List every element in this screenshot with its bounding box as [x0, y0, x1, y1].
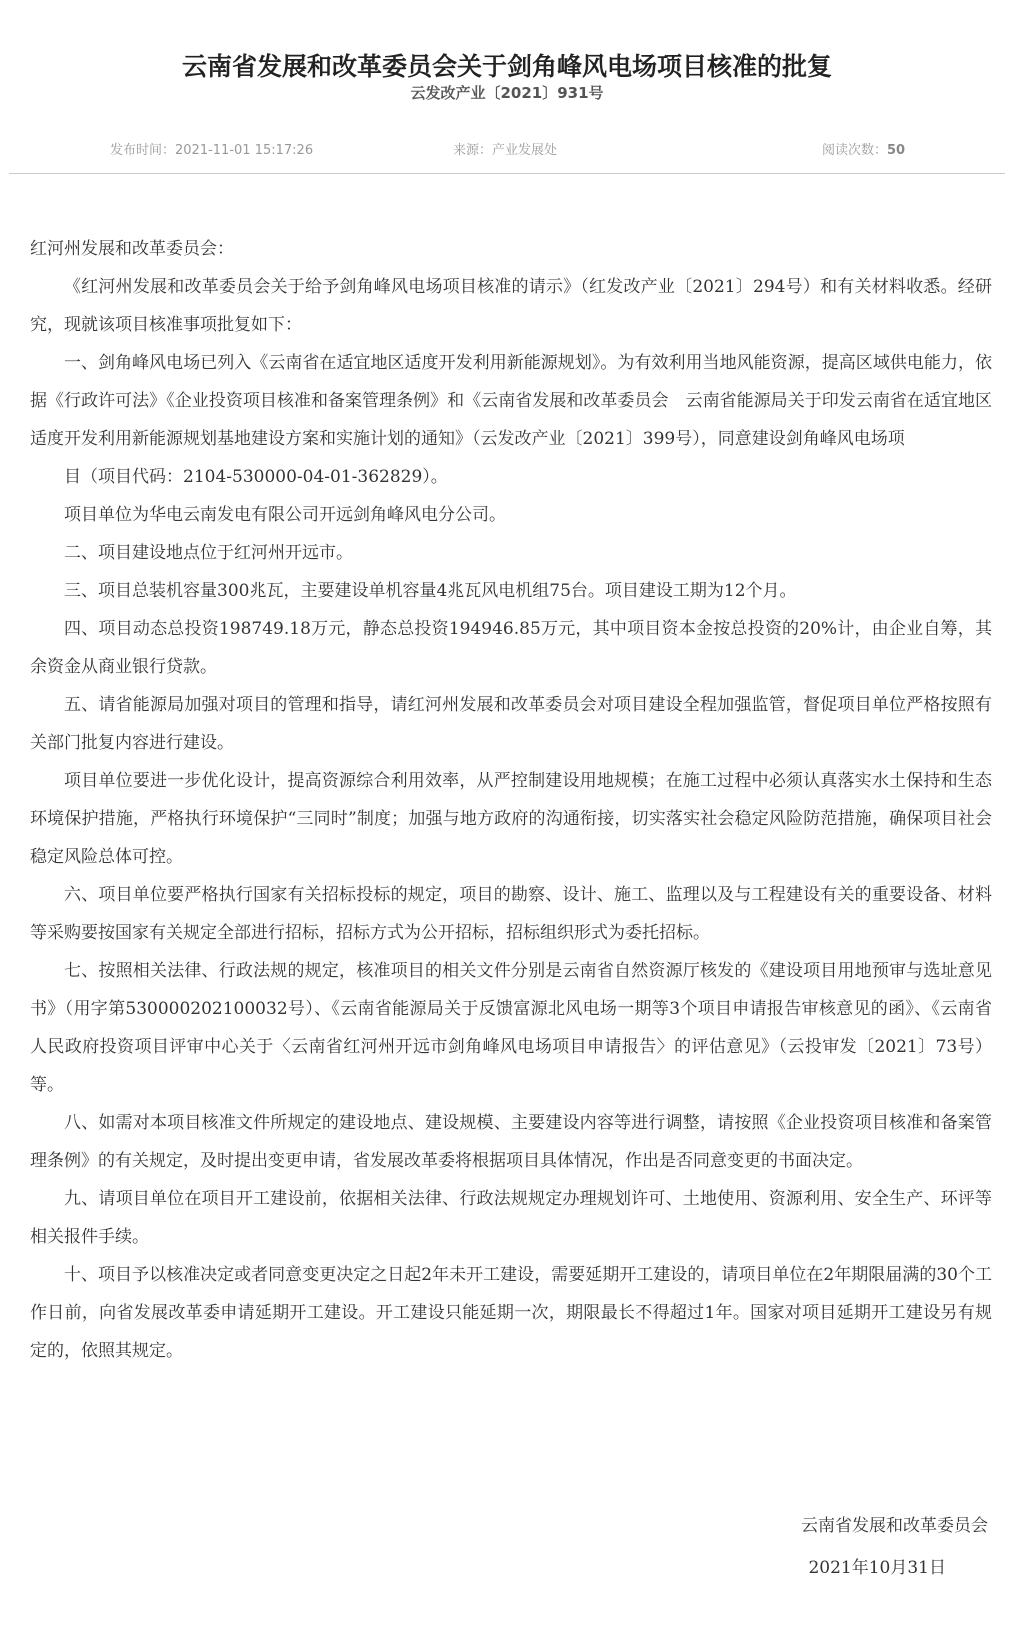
publish-time: 发布时间：2021-11-01 15:17:26 [110, 139, 313, 158]
salutation: 红河州发展和改革委员会： [30, 230, 992, 268]
publish-time-label: 发布时间： [110, 143, 175, 158]
paragraph: 目（项目代码：2104-530000-04-01-362829）。 [30, 458, 992, 496]
paragraph: 项目单位要进一步优化设计，提高资源综合利用效率，从严控制建设用地规模；在施工过程… [30, 762, 992, 876]
view-count-label: 阅读次数： [822, 143, 887, 158]
paragraph: 六、项目单位要严格执行国家有关招标投标的规定，项目的勘察、设计、施工、监理以及与… [30, 876, 992, 952]
paragraph: 一、剑角峰风电场已列入《云南省在适宜地区适度开发利用新能源规划》。为有效利用当地… [30, 344, 992, 458]
paragraph: 《红河州发展和改革委员会关于给予剑角峰风电场项目核准的请示》（红发改产业〔202… [30, 268, 992, 344]
document-body: 红河州发展和改革委员会： 《红河州发展和改革委员会关于给予剑角峰风电场项目核准的… [30, 230, 992, 1370]
view-count: 阅读次数：50 [822, 139, 905, 158]
signature-block: 云南省发展和改革委员会 2021年10月31日 [801, 1505, 988, 1589]
paragraph: 十、项目予以核准决定或者同意变更决定之日起2年未开工建设，需要延期开工建设的，请… [30, 1256, 992, 1370]
paragraph: 二、项目建设地点位于红河州开远市。 [30, 534, 992, 572]
paragraph: 四、项目动态总投资198749.18万元，静态总投资194946.85万元，其中… [30, 610, 992, 686]
view-count-value: 50 [887, 143, 905, 158]
paragraph: 项目单位为华电云南发电有限公司开远剑角峰风电分公司。 [30, 496, 992, 534]
source-value: 产业发展处 [492, 143, 557, 158]
source-label: 来源： [453, 143, 492, 158]
signing-date: 2021年10月31日 [801, 1547, 946, 1589]
paragraph: 三、项目总装机容量300兆瓦，主要建设单机容量4兆瓦风电机组75台。项目建设工期… [30, 572, 992, 610]
paragraph: 五、请省能源局加强对项目的管理和指导，请红河州发展和改革委员会对项目建设全程加强… [30, 686, 992, 762]
header-divider [9, 173, 1005, 174]
document-number: 云发改产业〔2021〕931号 [0, 82, 1014, 103]
paragraph: 八、如需对本项目核准文件所规定的建设地点、建设规模、主要建设内容等进行调整，请按… [30, 1104, 992, 1180]
signing-organization: 云南省发展和改革委员会 [801, 1505, 988, 1547]
paragraph: 七、按照相关法律、行政法规的规定，核准项目的相关文件分别是云南省自然资源厅核发的… [30, 952, 992, 1104]
source: 来源：产业发展处 [453, 139, 557, 158]
paragraph: 九、请项目单位在项目开工建设前，依据相关法律、行政法规规定办理规划许可、土地使用… [30, 1180, 992, 1256]
publish-time-value: 2021-11-01 15:17:26 [175, 143, 313, 158]
page-title: 云南省发展和改革委员会关于剑角峰风电场项目核准的批复 [0, 47, 1014, 83]
